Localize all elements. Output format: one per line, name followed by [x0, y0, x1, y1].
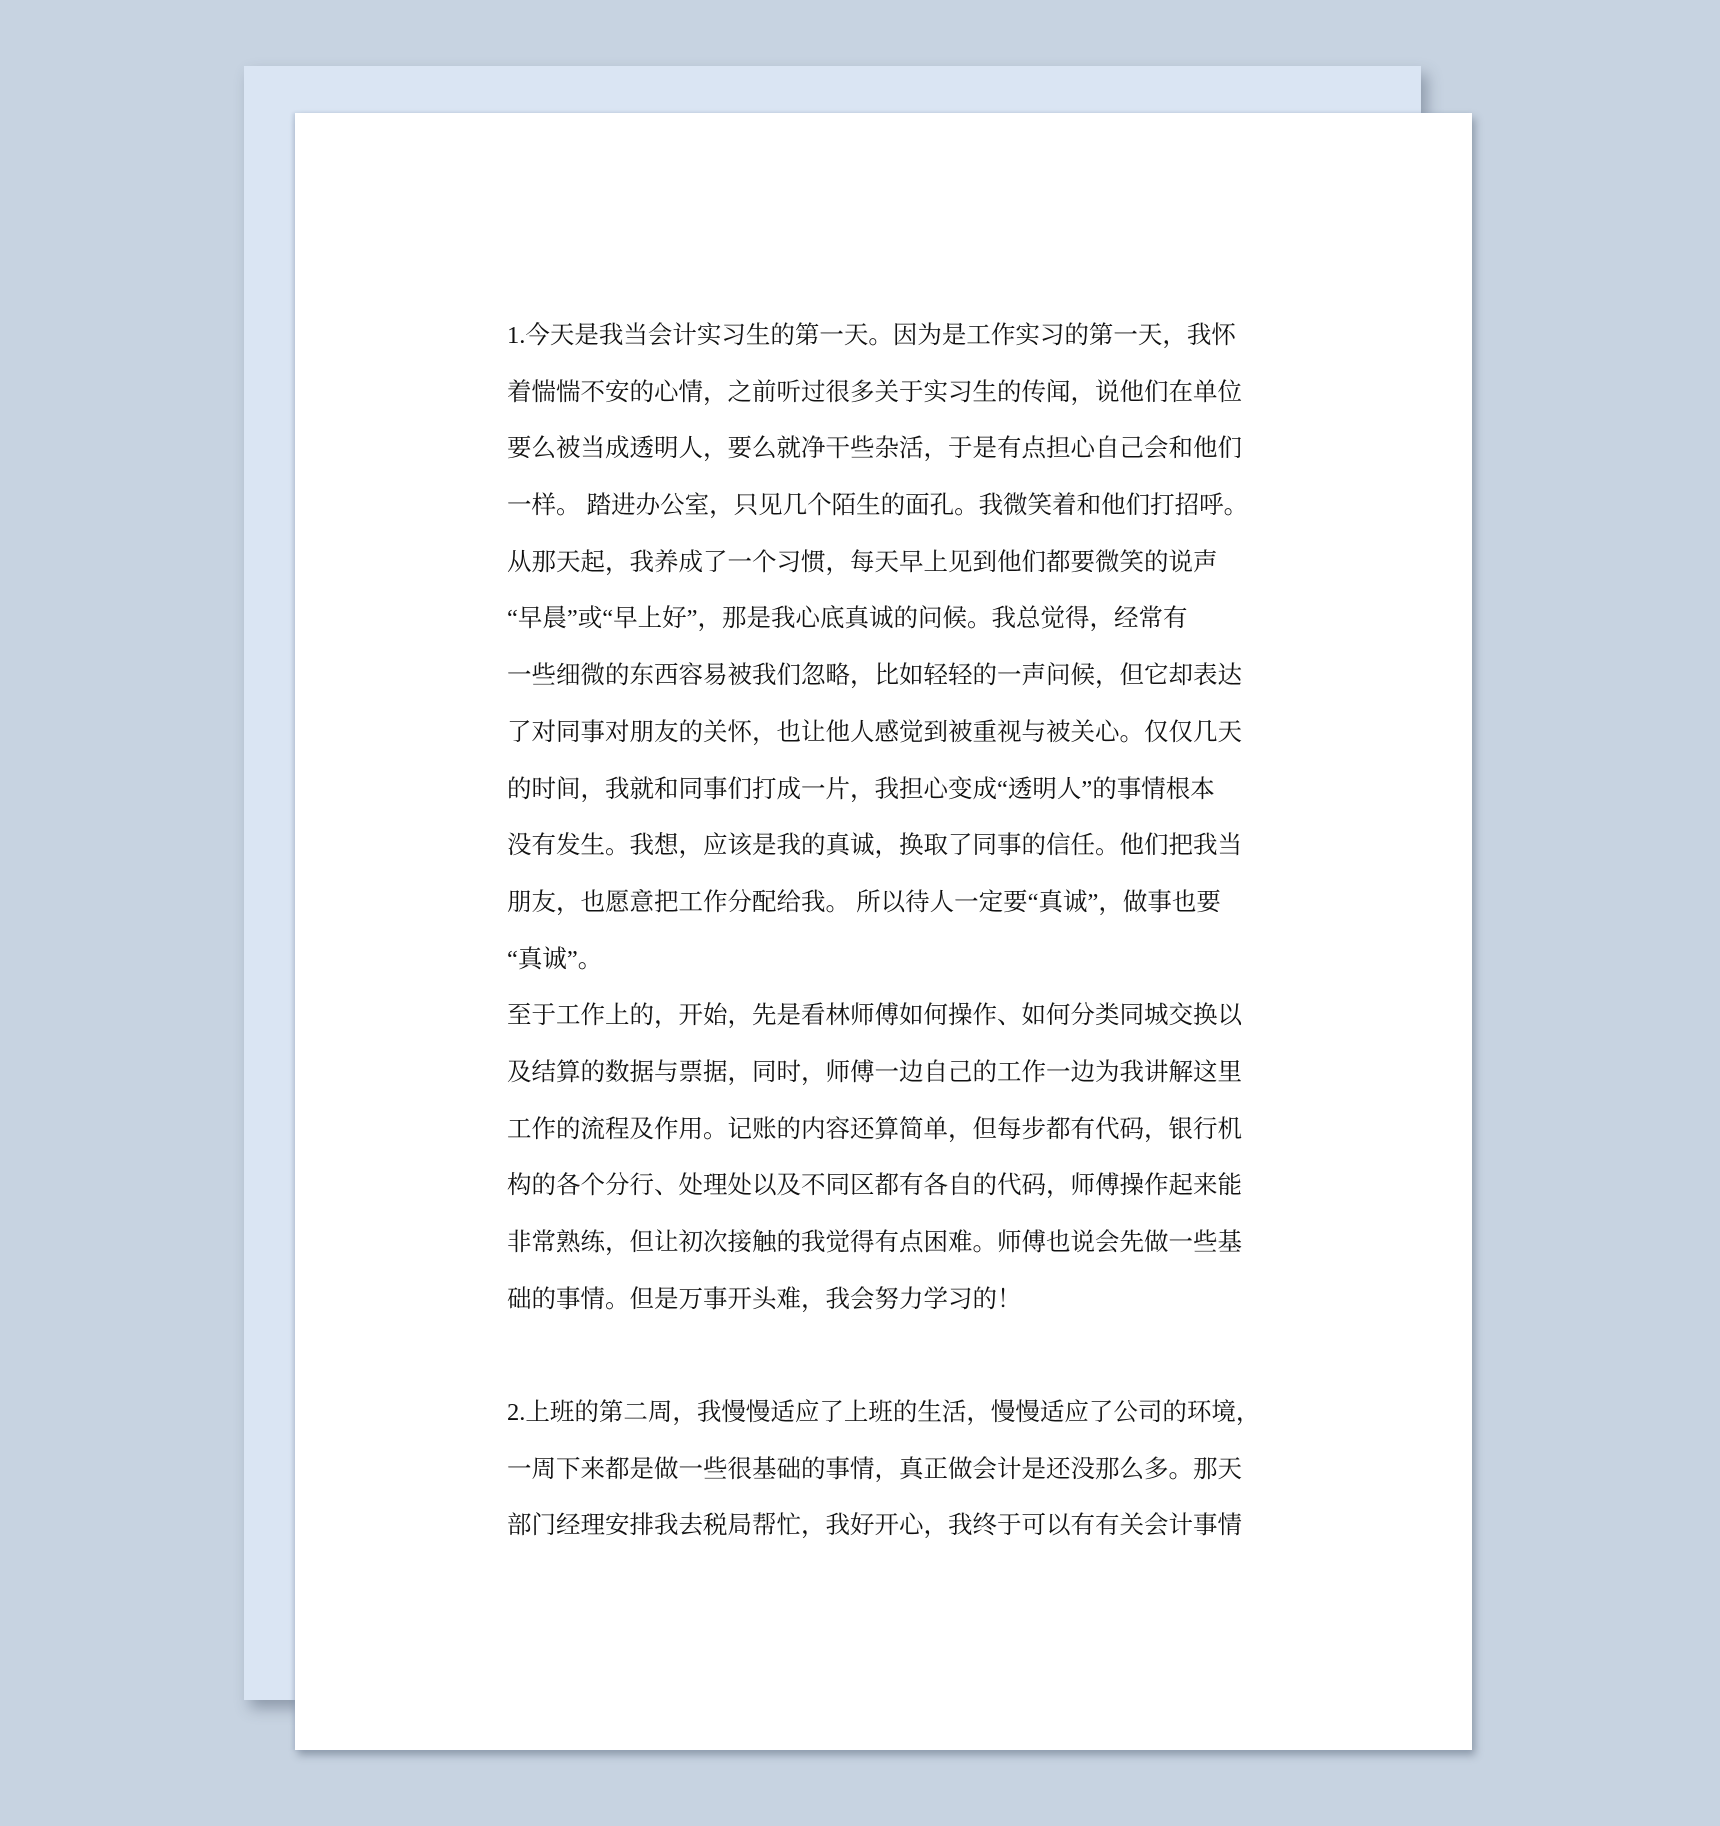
- paragraph-3-line-1: 2.上班的第二周，我慢慢适应了上班的生活，慢慢适应了公司的环境，: [507, 1385, 1267, 1442]
- paragraph-1-line-9: 的时间，我就和同事们打成一片，我担心变成“透明人”的事情根本: [507, 762, 1267, 819]
- paragraph-1-line-3: 要么被当成透明人，要么就净干些杂活，于是有点担心自己会和他们: [507, 421, 1267, 478]
- document-page: 1.今天是我当会计实习生的第一天。因为是工作实习的第一天，我怀 着惴惴不安的心情…: [295, 113, 1472, 1750]
- paragraph-1-line-5: 从那天起，我养成了一个习惯，每天早上见到他们都要微笑的说声: [507, 535, 1267, 592]
- paragraph-2-line-6: 础的事情。但是万事开头难，我会努力学习的！: [507, 1272, 1267, 1329]
- paragraph-1-line-1: 1.今天是我当会计实习生的第一天。因为是工作实习的第一天，我怀: [507, 308, 1267, 365]
- blank-line: [507, 1328, 1267, 1385]
- paragraph-3-line-3: 部门经理安排我去税局帮忙，我好开心，我终于可以有有关会计事情: [507, 1498, 1267, 1555]
- document-body: 1.今天是我当会计实习生的第一天。因为是工作实习的第一天，我怀 着惴惴不安的心情…: [507, 308, 1267, 1555]
- paragraph-1-line-7: 一些细微的东西容易被我们忽略，比如轻轻的一声问候，但它却表达: [507, 648, 1267, 705]
- paragraph-2-line-3: 工作的流程及作用。记账的内容还算简单，但每步都有代码，银行机: [507, 1102, 1267, 1159]
- paragraph-2-line-4: 构的各个分行、处理处以及不同区都有各自的代码，师傅操作起来能: [507, 1158, 1267, 1215]
- paragraph-2-line-1: 至于工作上的，开始，先是看林师傅如何操作、如何分类同城交换以: [507, 988, 1267, 1045]
- paragraph-2-line-2: 及结算的数据与票据，同时，师傅一边自己的工作一边为我讲解这里: [507, 1045, 1267, 1102]
- paragraph-1-line-11: 朋友，也愿意把工作分配给我。 所以待人一定要“真诚”，做事也要: [507, 875, 1267, 932]
- paragraph-1-line-6: “早晨”或“早上好”，那是我心底真诚的问候。我总觉得，经常有: [507, 591, 1267, 648]
- paragraph-1-line-4: 一样。 踏进办公室，只见几个陌生的面孔。我微笑着和他们打招呼。: [507, 478, 1267, 535]
- paragraph-1-line-10: 没有发生。我想，应该是我的真诚，换取了同事的信任。他们把我当: [507, 818, 1267, 875]
- paragraph-3-line-2: 一周下来都是做一些很基础的事情，真正做会计是还没那么多。那天: [507, 1442, 1267, 1499]
- paragraph-1-line-2: 着惴惴不安的心情，之前听过很多关于实习生的传闻，说他们在单位: [507, 365, 1267, 422]
- paragraph-1-line-12: “真诚”。: [507, 932, 1267, 989]
- paragraph-1-line-8: 了对同事对朋友的关怀，也让他人感觉到被重视与被关心。仅仅几天: [507, 705, 1267, 762]
- paragraph-2-line-5: 非常熟练，但让初次接触的我觉得有点困难。师傅也说会先做一些基: [507, 1215, 1267, 1272]
